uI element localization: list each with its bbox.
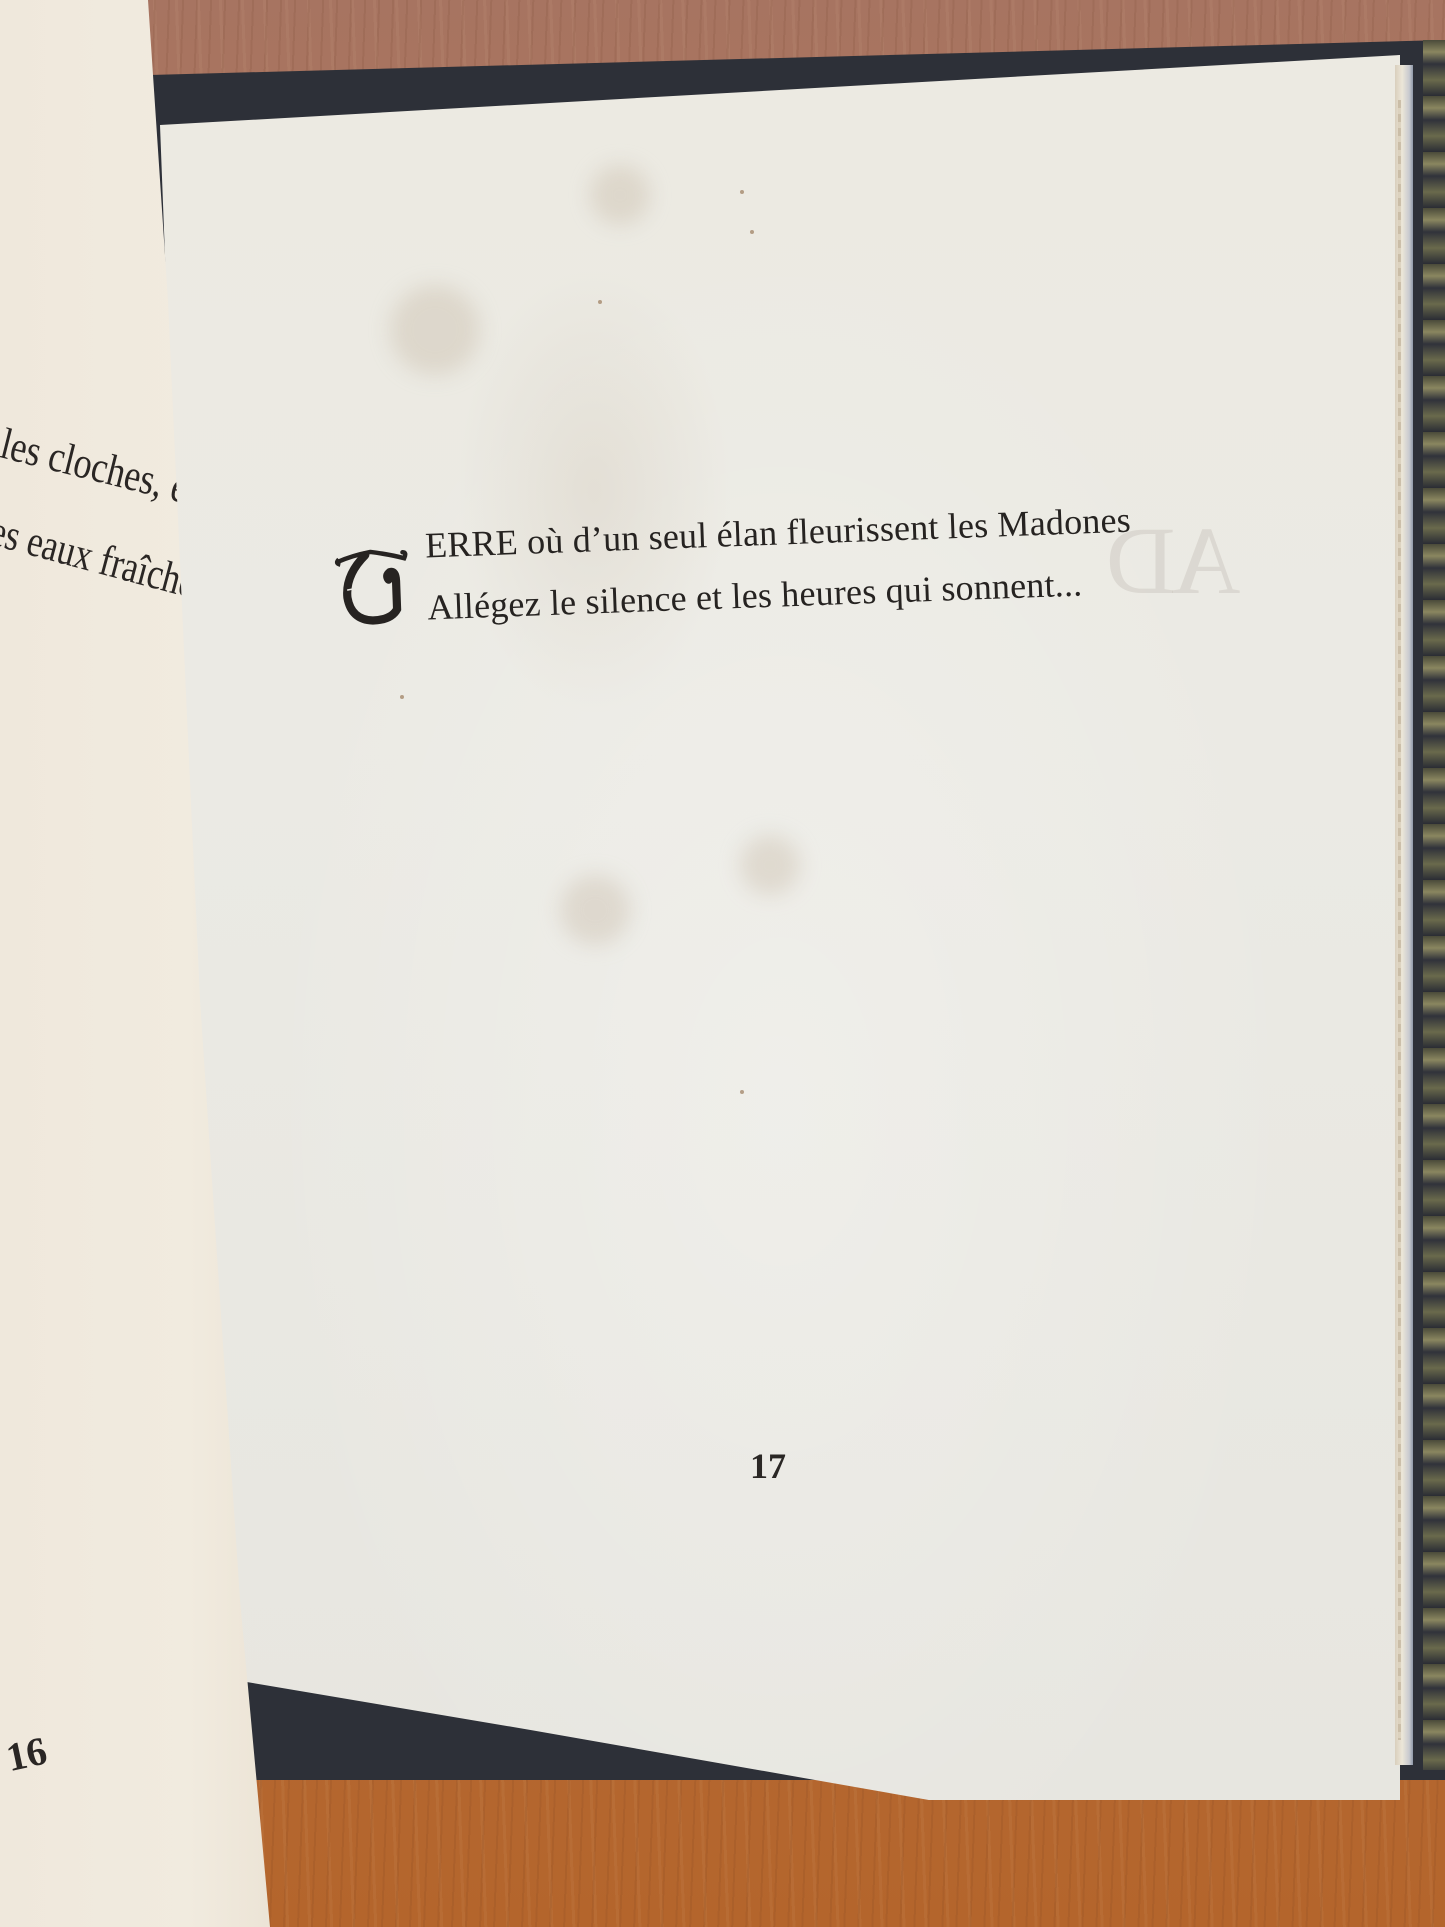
right-page <box>160 55 1400 1800</box>
poem-line-1: ERRE où d’un seul élan fleurissent les M… <box>424 499 1131 567</box>
poem-block: ERRE où d’un seul élan fleurissent les M… <box>327 471 1132 640</box>
book-spine-marbled-edge <box>1423 40 1445 1770</box>
page-stain <box>560 875 630 945</box>
deckle-edge <box>1398 100 1401 1740</box>
page-stain <box>740 835 800 895</box>
page-stain <box>590 165 650 225</box>
page-stain <box>390 285 480 375</box>
foxing-spot <box>740 190 744 194</box>
foxing-spot <box>750 230 754 234</box>
foxing-spot <box>400 695 404 699</box>
foxing-spot <box>598 300 602 304</box>
page-number-right: 17 <box>750 1445 786 1487</box>
page-number-left: 16 <box>2 1727 51 1781</box>
drop-cap-t-ornament <box>329 539 414 632</box>
foxing-spot <box>740 1090 744 1094</box>
